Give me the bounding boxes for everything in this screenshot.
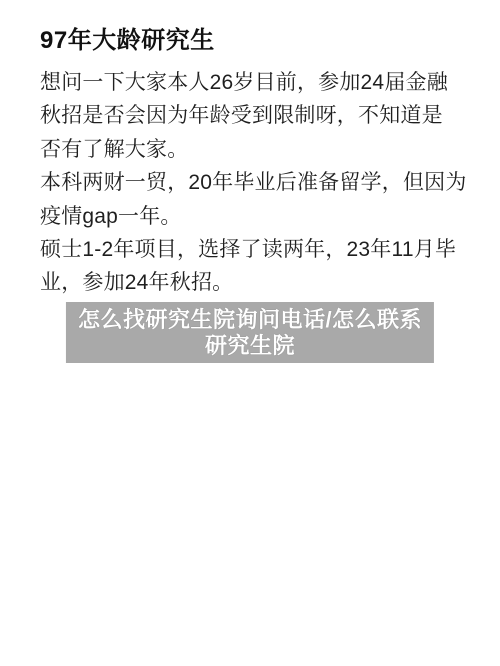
post-body: 想问一下大家本人26岁目前，参加24届金融 秋招是否会因为年龄受到限制呀，不知道… (40, 66, 472, 300)
caption-line: 研究生院 (78, 333, 422, 359)
post-body-line: 否有了解大家。 (40, 133, 472, 166)
post-body-line: 业，参加24年秋招。 (40, 266, 472, 299)
post-title: 97年大龄研究生 (40, 20, 215, 55)
post-body-line: 想问一下大家本人26岁目前，参加24届金融 (40, 66, 472, 99)
caption-overlay: 怎么找研究生院询问电话/怎么联系 研究生院 (66, 302, 434, 363)
post-page: 97年大龄研究生 想问一下大家本人26岁目前，参加24届金融 秋招是否会因为年龄… (0, 0, 500, 666)
post-body-line: 硕士1-2年项目，选择了读两年，23年11月毕 (40, 233, 472, 266)
post-body-line: 疫情gap一年。 (40, 200, 472, 233)
post-body-line: 本科两财一贸，20年毕业后准备留学，但因为 (40, 166, 472, 199)
caption-line: 怎么找研究生院询问电话/怎么联系 (78, 307, 422, 333)
post-body-line: 秋招是否会因为年龄受到限制呀，不知道是 (40, 99, 472, 132)
